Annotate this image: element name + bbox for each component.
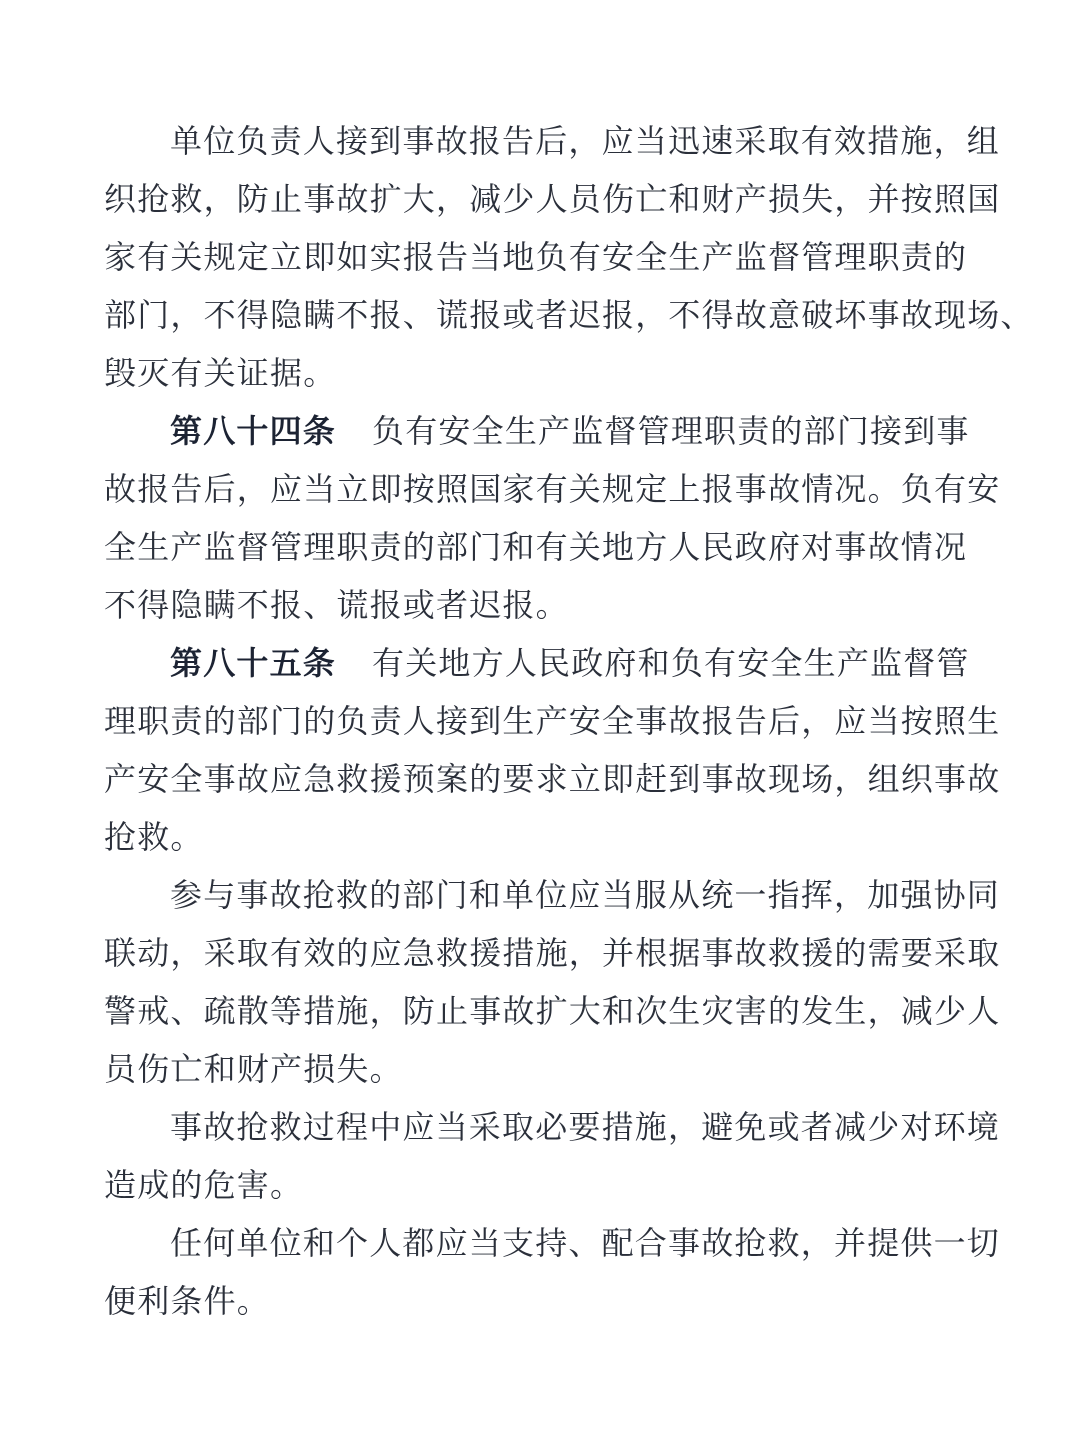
article-first-line: 第八十五条有关地方人民政府和负有安全生产监督管 — [104, 634, 980, 692]
text-line: 造成的危害。 — [104, 1156, 980, 1214]
text-line: 不得隐瞒不报、谎报或者迟报。 — [104, 576, 980, 634]
text-line: 理职责的部门的负责人接到生产安全事故报告后，应当按照生 — [104, 692, 980, 750]
text-line: 联动，采取有效的应急救援措施，并根据事故救援的需要采取 — [104, 924, 980, 982]
document-page: 单位负责人接到事故报告后，应当迅速采取有效措施，组 织抢救，防止事故扩大，减少人… — [104, 112, 980, 1330]
text-line: 部门，不得隐瞒不报、谎报或者迟报，不得故意破坏事故现场、 — [104, 286, 980, 344]
text-line: 警戒、疏散等措施，防止事故扩大和次生灾害的发生，减少人 — [104, 982, 980, 1040]
text-line: 便利条件。 — [104, 1272, 980, 1330]
text-line: 任何单位和个人都应当支持、配合事故抢救，并提供一切 — [104, 1214, 980, 1272]
text-line: 故报告后，应当立即按照国家有关规定上报事故情况。负有安 — [104, 460, 980, 518]
article-first-line: 第八十四条负有安全生产监督管理职责的部门接到事 — [104, 402, 980, 460]
article-number: 第八十五条 — [170, 644, 336, 682]
text-line: 抢救。 — [104, 808, 980, 866]
text-line: 负有安全生产监督管理职责的部门接到事 — [372, 412, 970, 450]
paragraph-rescue-participation: 参与事故抢救的部门和单位应当服从统一指挥，加强协同 联动，采取有效的应急救援措施… — [104, 866, 980, 1098]
article-84: 第八十四条负有安全生产监督管理职责的部门接到事 故报告后，应当立即按照国家有关规… — [104, 402, 980, 634]
paragraph-environment: 事故抢救过程中应当采取必要措施，避免或者减少对环境 造成的危害。 — [104, 1098, 980, 1214]
paragraph-continuation: 单位负责人接到事故报告后，应当迅速采取有效措施，组 织抢救，防止事故扩大，减少人… — [104, 112, 980, 402]
text-line: 单位负责人接到事故报告后，应当迅速采取有效措施，组 — [104, 112, 980, 170]
text-line: 事故抢救过程中应当采取必要措施，避免或者减少对环境 — [104, 1098, 980, 1156]
article-85: 第八十五条有关地方人民政府和负有安全生产监督管 理职责的部门的负责人接到生产安全… — [104, 634, 980, 866]
text-line: 参与事故抢救的部门和单位应当服从统一指挥，加强协同 — [104, 866, 980, 924]
text-line: 员伤亡和财产损失。 — [104, 1040, 980, 1098]
text-line: 家有关规定立即如实报告当地负有安全生产监督管理职责的 — [104, 228, 980, 286]
text-line: 织抢救，防止事故扩大，减少人员伤亡和财产损失，并按照国 — [104, 170, 980, 228]
paragraph-support: 任何单位和个人都应当支持、配合事故抢救，并提供一切 便利条件。 — [104, 1214, 980, 1330]
text-line: 有关地方人民政府和负有安全生产监督管 — [372, 644, 970, 682]
text-line: 产安全事故应急救援预案的要求立即赶到事故现场，组织事故 — [104, 750, 980, 808]
text-line: 全生产监督管理职责的部门和有关地方人民政府对事故情况 — [104, 518, 980, 576]
article-number: 第八十四条 — [170, 412, 336, 450]
text-line: 毁灭有关证据。 — [104, 344, 980, 402]
